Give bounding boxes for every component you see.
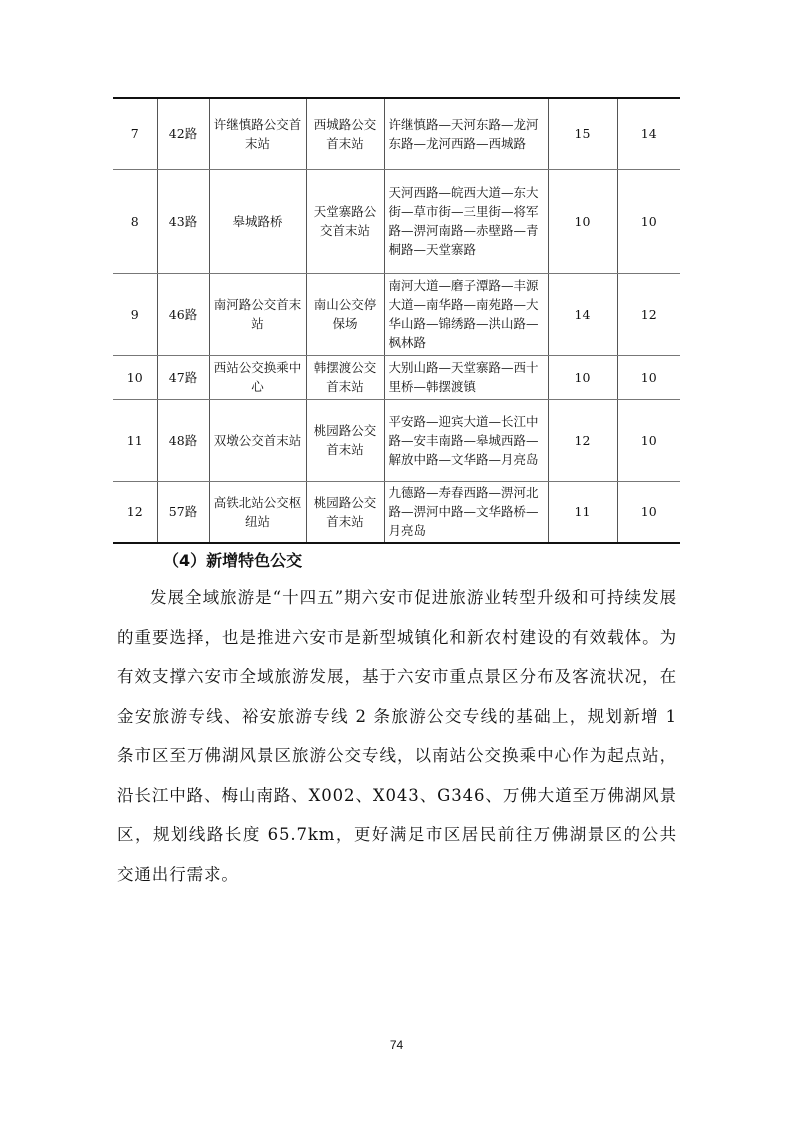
row-number: 8 (113, 169, 157, 273)
end-station: 西城路公交首末站 (306, 98, 384, 169)
table-row: 8 43路 皋城路桥 天堂寨路公交首末站 天河西路—皖西大道—东大街—草市街—三… (113, 169, 680, 273)
route-path: 平安路—迎宾大道—长江中路—安丰南路—皋城西路—解放中路—文华路—月亮岛 (384, 399, 548, 481)
start-station: 西站公交换乘中心 (209, 355, 306, 399)
route-name: 42路 (157, 98, 209, 169)
route-name: 47路 (157, 355, 209, 399)
end-station: 韩摆渡公交首末站 (306, 355, 384, 399)
document-page: 7 42路 许继慎路公交首末站 西城路公交首末站 许继慎路—天河东路—龙河东路—… (0, 0, 793, 1122)
table-row: 9 46路 南河路公交首末站 南山公交停保场 南河大道—磨子潭路—丰源大道—南华… (113, 273, 680, 355)
start-station: 南河路公交首末站 (209, 273, 306, 355)
table-row: 12 57路 高铁北站公交枢纽站 桃园路公交首末站 九德路—寿春西路—淠河北路—… (113, 481, 680, 543)
route-name: 43路 (157, 169, 209, 273)
value-col6: 10 (548, 355, 617, 399)
route-path: 大别山路—天堂寨路—西十里桥—韩摆渡镇 (384, 355, 548, 399)
value-col6: 14 (548, 273, 617, 355)
end-station: 桃园路公交首末站 (306, 399, 384, 481)
start-station: 高铁北站公交枢纽站 (209, 481, 306, 543)
end-station: 南山公交停保场 (306, 273, 384, 355)
value-col7: 10 (617, 481, 680, 543)
value-col7: 12 (617, 273, 680, 355)
start-station: 许继慎路公交首末站 (209, 98, 306, 169)
route-name: 46路 (157, 273, 209, 355)
page-number: 74 (0, 1038, 793, 1052)
value-col7: 10 (617, 169, 680, 273)
table-row: 7 42路 许继慎路公交首末站 西城路公交首末站 许继慎路—天河东路—龙河东路—… (113, 98, 680, 169)
route-path: 天河西路—皖西大道—东大街—草市街—三里街—将军路—淠河南路—赤壁路—青桐路—天… (384, 169, 548, 273)
table-row: 10 47路 西站公交换乘中心 韩摆渡公交首末站 大别山路—天堂寨路—西十里桥—… (113, 355, 680, 399)
value-col7: 14 (617, 98, 680, 169)
row-number: 12 (113, 481, 157, 543)
value-col6: 10 (548, 169, 617, 273)
route-path: 九德路—寿春西路—淠河北路—淠河中路—文华路桥—月亮岛 (384, 481, 548, 543)
value-col6: 15 (548, 98, 617, 169)
route-name: 48路 (157, 399, 209, 481)
body-paragraph: 发展全域旅游是“十四五”期六安市促进旅游业转型升级和可持续发展的重要选择，也是推… (117, 578, 677, 894)
row-number: 9 (113, 273, 157, 355)
table-row: 11 48路 双墩公交首末站 桃园路公交首末站 平安路—迎宾大道—长江中路—安丰… (113, 399, 680, 481)
bus-route-table: 7 42路 许继慎路公交首末站 西城路公交首末站 许继慎路—天河东路—龙河东路—… (113, 97, 680, 544)
start-station: 皋城路桥 (209, 169, 306, 273)
row-number: 11 (113, 399, 157, 481)
section-heading: （4）新增特色公交 (163, 548, 302, 571)
value-col6: 12 (548, 399, 617, 481)
route-path: 南河大道—磨子潭路—丰源大道—南华路—南苑路—大华山路—锦绣路—洪山路—枫林路 (384, 273, 548, 355)
row-number: 10 (113, 355, 157, 399)
value-col7: 10 (617, 355, 680, 399)
route-path: 许继慎路—天河东路—龙河东路—龙河西路—西城路 (384, 98, 548, 169)
route-name: 57路 (157, 481, 209, 543)
start-station: 双墩公交首末站 (209, 399, 306, 481)
end-station: 桃园路公交首末站 (306, 481, 384, 543)
value-col6: 11 (548, 481, 617, 543)
value-col7: 10 (617, 399, 680, 481)
end-station: 天堂寨路公交首末站 (306, 169, 384, 273)
row-number: 7 (113, 98, 157, 169)
